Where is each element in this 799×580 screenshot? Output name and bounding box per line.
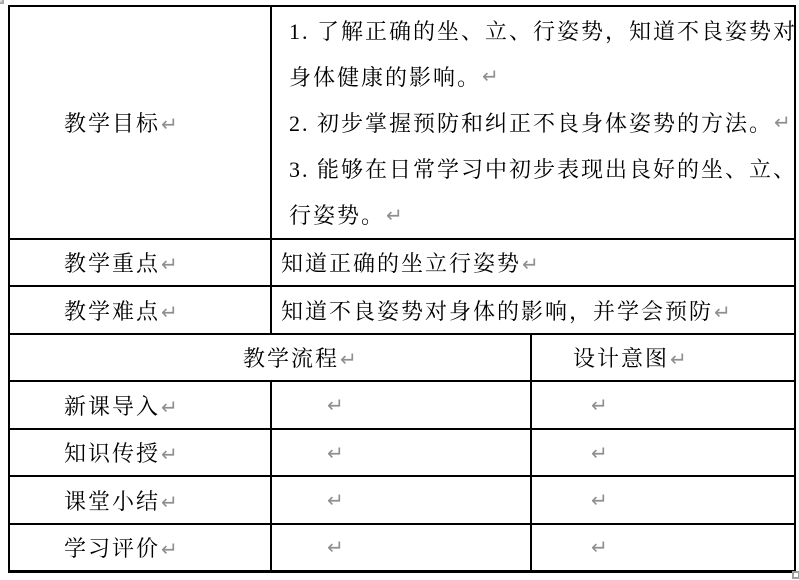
key-points-label-cell[interactable]: 教学重点↵ (9, 239, 271, 287)
flow-step-label-cell[interactable]: 新课导入↵ (9, 381, 271, 429)
objectives-label: 教学目标 (64, 111, 160, 136)
flow-step-label-cell[interactable]: 知识传授↵ (9, 429, 271, 477)
objectives-line-text: 3. 能够在日常学习中初步表现出良好的坐、立、 (289, 153, 795, 184)
paragraph-mark-icon: ↵ (590, 441, 608, 465)
key-points-label: 教学重点 (64, 251, 160, 276)
difficulties-content: 知道不良姿势对身体的影响，并学会预防 (281, 299, 713, 324)
flow-step-label: 学习评价 (64, 536, 160, 561)
flow-step-label: 课堂小结 (64, 489, 160, 514)
flow-step-label: 知识传授 (64, 441, 160, 466)
difficulties-content-cell[interactable]: 知道不良姿势对身体的影响，并学会预防↵ (271, 286, 795, 334)
paragraph-mark-icon: ↵ (385, 203, 403, 227)
objectives-line: 2. 初步掌握预防和纠正不良身体姿势的方法。↵ (289, 99, 794, 145)
table-row: 教学难点↵ 知道不良姿势对身体的影响，并学会预防↵ (9, 286, 795, 334)
objectives-line-text: 2. 初步掌握预防和纠正不良身体姿势的方法。 (289, 107, 773, 138)
objectives-line: 行姿势。↵ (289, 192, 794, 238)
design-header-cell[interactable]: 设计意图↵ (531, 334, 795, 382)
flow-step-content-cell[interactable]: ↵ (271, 429, 531, 477)
table-row: 学习评价↵ ↵ ↵ (9, 524, 795, 572)
paragraph-mark-icon: ↵ (339, 347, 357, 371)
flow-step-content-cell[interactable]: ↵ (271, 524, 531, 572)
table-resize-handle-icon[interactable] (792, 571, 799, 579)
paragraph-mark-icon: ↵ (590, 488, 608, 512)
key-points-content: 知道正确的坐立行姿势 (281, 251, 521, 276)
table-move-handle-icon[interactable] (0, 0, 4, 4)
flow-header-cell[interactable]: 教学流程↵ (9, 334, 531, 382)
document-page: 教学目标↵ 1. 了解正确的坐、立、行姿势，知道不良姿势对 身体健康的影响。↵ … (0, 0, 799, 580)
table-row: 教学目标↵ 1. 了解正确的坐、立、行姿势，知道不良姿势对 身体健康的影响。↵ … (9, 6, 795, 239)
objectives-line-text: 身体健康的影响。 (289, 61, 481, 92)
flow-step-content-cell[interactable]: ↵ (271, 476, 531, 524)
paragraph-mark-icon: ↵ (160, 252, 178, 276)
design-intent-cell[interactable]: ↵ (531, 476, 795, 524)
paragraph-mark-icon: ↵ (669, 347, 687, 371)
paragraph-mark-icon: ↵ (521, 252, 539, 276)
table-row: 教学重点↵ 知道正确的坐立行姿势↵ (9, 239, 795, 287)
key-points-content-cell[interactable]: 知道正确的坐立行姿势↵ (271, 239, 795, 287)
design-intent-cell[interactable]: ↵ (531, 429, 795, 477)
table-row: 新课导入↵ ↵ ↵ (9, 381, 795, 429)
paragraph-mark-icon: ↵ (160, 490, 178, 514)
table-row: 课堂小结↵ ↵ ↵ (9, 476, 795, 524)
paragraph-mark-icon: ↵ (326, 488, 344, 512)
paragraph-mark-icon: ↵ (326, 393, 344, 417)
difficulties-label-cell[interactable]: 教学难点↵ (9, 286, 271, 334)
paragraph-mark-icon: ↵ (160, 537, 178, 561)
objectives-line: 身体健康的影响。↵ (289, 53, 794, 99)
paragraph-mark-icon: ↵ (590, 393, 608, 417)
paragraph-mark-icon: ↵ (160, 395, 178, 419)
objectives-content-cell[interactable]: 1. 了解正确的坐、立、行姿势，知道不良姿势对 身体健康的影响。↵ 2. 初步掌… (271, 6, 795, 239)
paragraph-mark-icon: ↵ (481, 64, 499, 88)
objectives-line-text: 行姿势。 (289, 199, 385, 230)
lesson-plan-table: 教学目标↵ 1. 了解正确的坐、立、行姿势，知道不良姿势对 身体健康的影响。↵ … (8, 5, 796, 573)
flow-step-label: 新课导入 (64, 394, 160, 419)
paragraph-mark-icon: ↵ (773, 110, 791, 134)
flow-header-label: 教学流程 (243, 346, 339, 371)
paragraph-mark-icon: ↵ (326, 535, 344, 559)
objectives-line: 1. 了解正确的坐、立、行姿势，知道不良姿势对 (289, 7, 794, 53)
flow-step-content-cell[interactable]: ↵ (271, 381, 531, 429)
difficulties-label: 教学难点 (64, 299, 160, 324)
design-intent-cell[interactable]: ↵ (531, 524, 795, 572)
design-intent-cell[interactable]: ↵ (531, 381, 795, 429)
paragraph-mark-icon: ↵ (160, 442, 178, 466)
flow-step-label-cell[interactable]: 学习评价↵ (9, 524, 271, 572)
paragraph-mark-icon: ↵ (160, 112, 178, 136)
table-row: 知识传授↵ ↵ ↵ (9, 429, 795, 477)
design-header-label: 设计意图 (573, 346, 669, 371)
paragraph-mark-icon: ↵ (590, 535, 608, 559)
objectives-label-cell[interactable]: 教学目标↵ (9, 6, 271, 239)
paragraph-mark-icon: ↵ (713, 300, 731, 324)
table-row: 教学流程↵ 设计意图↵ (9, 334, 795, 382)
paragraph-mark-icon: ↵ (326, 441, 344, 465)
paragraph-mark-icon: ↵ (160, 300, 178, 324)
objectives-line: 3. 能够在日常学习中初步表现出良好的坐、立、 (289, 146, 794, 192)
flow-step-label-cell[interactable]: 课堂小结↵ (9, 476, 271, 524)
objectives-line-text: 1. 了解正确的坐、立、行姿势，知道不良姿势对 (289, 15, 795, 46)
